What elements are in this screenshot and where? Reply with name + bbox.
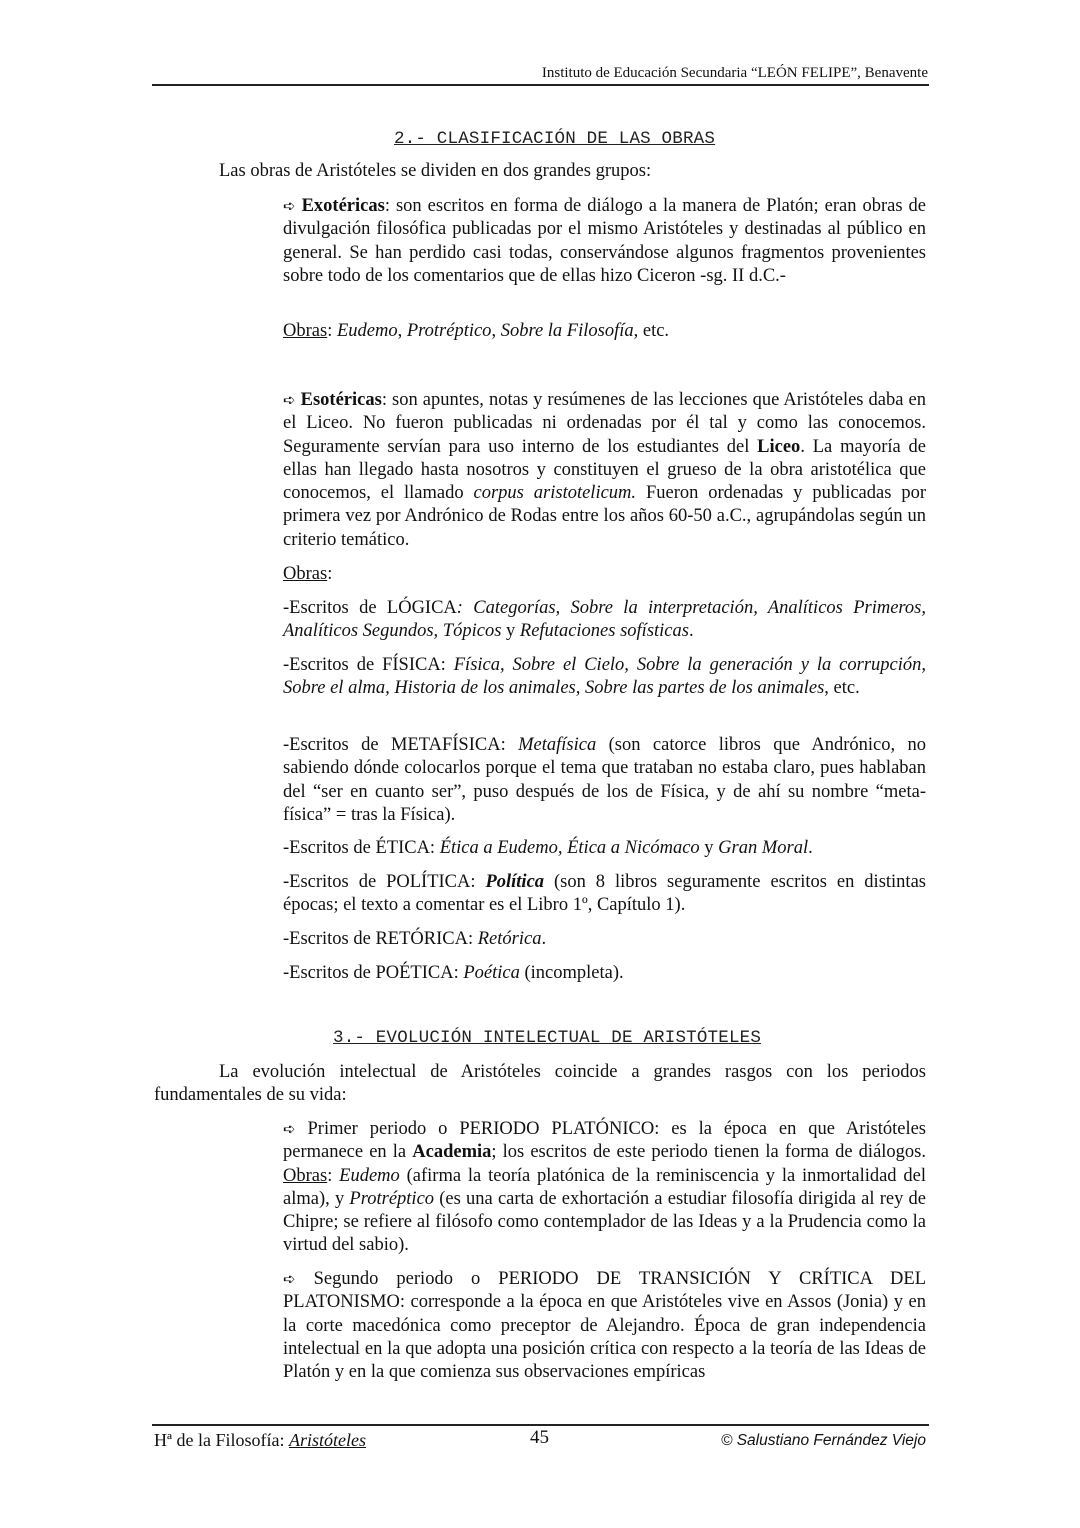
arrow-right-icon: ➪ (283, 1120, 296, 1138)
section-3-title: 3.- EVOLUCIÓN INTELECTUAL DE ARISTÓTELES (333, 1028, 761, 1048)
footer-author-link[interactable]: Aristóteles (289, 1430, 366, 1450)
escritos-poetica: -Escritos de POÉTICA: Poética (incomplet… (283, 962, 926, 985)
exotericas-obras: Obras: Eudemo, Protréptico, Sobre la Fil… (283, 320, 926, 343)
esotericas-obras-label: Obras: (283, 563, 926, 586)
arrow-right-icon: ➪ (283, 197, 296, 215)
header-divider (152, 84, 929, 86)
primer-periodo-paragraph: ➪ Primer periodo o PERIODO PLATÓNICO: es… (283, 1118, 926, 1258)
escritos-retorica: -Escritos de RETÓRICA: Retórica. (283, 928, 926, 951)
escritos-etica: -Escritos de ÉTICA: Ética a Eudemo, Étic… (283, 837, 926, 860)
exotericas-paragraph: ➪ Exotéricas: son escritos en forma de d… (283, 195, 926, 288)
footer-course: Hª de la Filosofía: Aristóteles (154, 1430, 366, 1451)
exotericas-term: Exotéricas (302, 196, 385, 216)
section-2-title: 2.- CLASIFICACIÓN DE LAS OBRAS (394, 129, 715, 149)
segundo-periodo-paragraph: ➪ Segundo periodo o PERIODO DE TRANSICIÓ… (283, 1268, 926, 1384)
escritos-fisica: -Escritos de FÍSICA: Física, Sobre el Ci… (283, 654, 926, 701)
arrow-right-icon: ➪ (283, 391, 296, 409)
escritos-logica: -Escritos de LÓGICA: Categorías, Sobre l… (283, 597, 926, 644)
escritos-politica: -Escritos de POLÍTICA: Política (son 8 l… (283, 871, 926, 918)
esotericas-paragraph: ➪ Esotéricas: son apuntes, notas y resúm… (283, 389, 926, 552)
escritos-metafisica: -Escritos de METAFÍSICA: Metafísica (son… (283, 734, 926, 827)
footer-copyright: © Salustiano Fernández Viejo (721, 1432, 926, 1450)
page-number: 45 (530, 1427, 549, 1449)
section-2-intro: Las obras de Aristóteles se dividen en d… (219, 160, 939, 183)
esotericas-term: Esotéricas (301, 390, 382, 410)
footer-divider (152, 1424, 929, 1426)
arrow-right-icon: ➪ (283, 1270, 296, 1288)
header-institution: Instituto de Educación Secundaria “LEÓN … (542, 65, 928, 82)
section-3-intro: La evolución intelectual de Aristóteles … (154, 1061, 926, 1108)
